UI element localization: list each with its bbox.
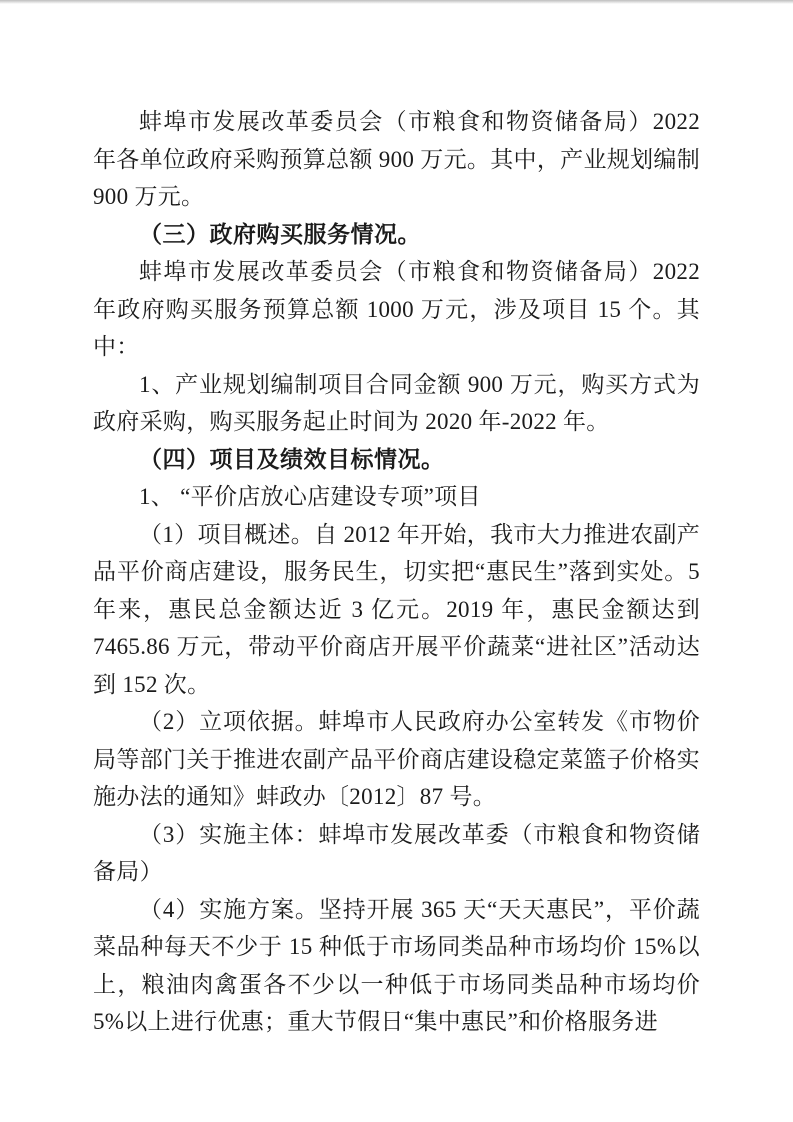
para-project-overview: （1）项目概述。自 2012 年开始，我市大力推进农副产品平价商店建设，服务民生… [93,516,700,704]
para-implementation-plan: （4）实施方案。坚持开展 365 天“天天惠民”，平价蔬菜品种每天不少于 15 … [93,891,700,1041]
para-industry-planning-contract: 1、产业规划编制项目合同金额 900 万元，购买方式为政府采购，购买服务起止时间… [93,366,700,441]
para-project-1-title: 1、 “平价店放心店建设专项”项目 [93,478,700,516]
heading-section-4: （四）项目及绩效目标情况。 [93,441,700,479]
para-project-basis: （2）立项依据。蚌埠市人民政府办公室转发《市物价局等部门关于推进农副产品平价商店… [93,703,700,816]
heading-section-3: （三）政府购买服务情况。 [93,216,700,254]
document-body-text: 蚌埠市发展改革委员会（市粮食和物资储备局）2022 年各单位政府采购预算总额 9… [93,103,700,1041]
scan-edge-artifact [0,0,793,4]
para-purchase-service-budget: 蚌埠市发展改革委员会（市粮食和物资储备局）2022 年政府购买服务预算总额 10… [93,253,700,366]
para-procurement-budget: 蚌埠市发展改革委员会（市粮食和物资储备局）2022 年各单位政府采购预算总额 9… [93,103,700,216]
document-page: 蚌埠市发展改革委员会（市粮食和物资储备局）2022 年各单位政府采购预算总额 9… [0,0,793,1122]
para-implementing-body: （3）实施主体：蚌埠市发展改革委（市粮食和物资储备局） [93,816,700,891]
